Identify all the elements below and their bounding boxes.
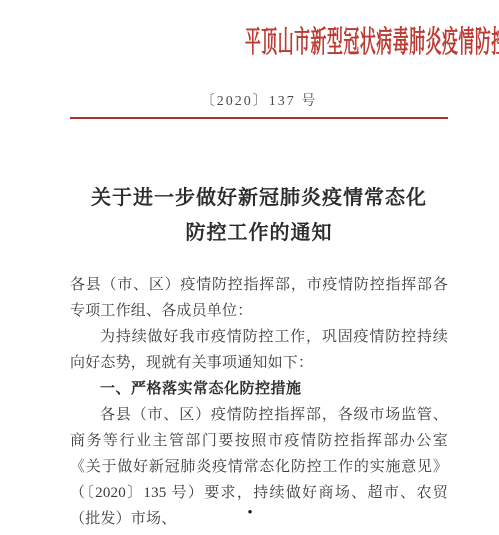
issuing-authority-title: 平顶山市新型冠状病毒肺炎疫情防控指挥部办公室文件 xyxy=(245,26,499,60)
document-title-line1: 关于进一步做好新冠肺炎疫情常态化 xyxy=(70,181,448,216)
intro-paragraph: 为持续做好我市疫情防控工作，巩固疫情防控持续向好态势，现就有关事项通知如下： xyxy=(70,324,448,376)
document-title: 关于进一步做好新冠肺炎疫情常态化 防控工作的通知 xyxy=(70,181,448,251)
document-body: 各县（市、区）疫情防控指挥部，市疫情防控指挥部各专项工作组、各成员单位： 为持续… xyxy=(70,272,448,532)
red-divider-rule xyxy=(70,117,448,119)
document-content: 平顶山市新型冠状病毒肺炎疫情防控指挥部办公室文件 〔2020〕137 号 关于进… xyxy=(0,0,499,532)
page-footer-dot: • xyxy=(245,505,255,518)
section-1-heading: 一、严格落实常态化防控措施 xyxy=(70,376,448,402)
red-letterhead: 平顶山市新型冠状病毒肺炎疫情防控指挥部办公室文件 xyxy=(70,0,448,60)
salutation-paragraph: 各县（市、区）疫情防控指挥部，市疫情防控指挥部各专项工作组、各成员单位： xyxy=(70,272,448,324)
official-document-page: 平顶山市新型冠状病毒肺炎疫情防控指挥部办公室文件 〔2020〕137 号 关于进… xyxy=(0,0,499,535)
section-1-paragraph: 各县（市、区）疫情防控指挥部，各级市场监管、商务等行业主管部门要按照市疫情防控指… xyxy=(70,402,448,532)
document-title-line2: 防控工作的通知 xyxy=(70,216,448,251)
document-number: 〔2020〕137 号 xyxy=(70,94,448,110)
